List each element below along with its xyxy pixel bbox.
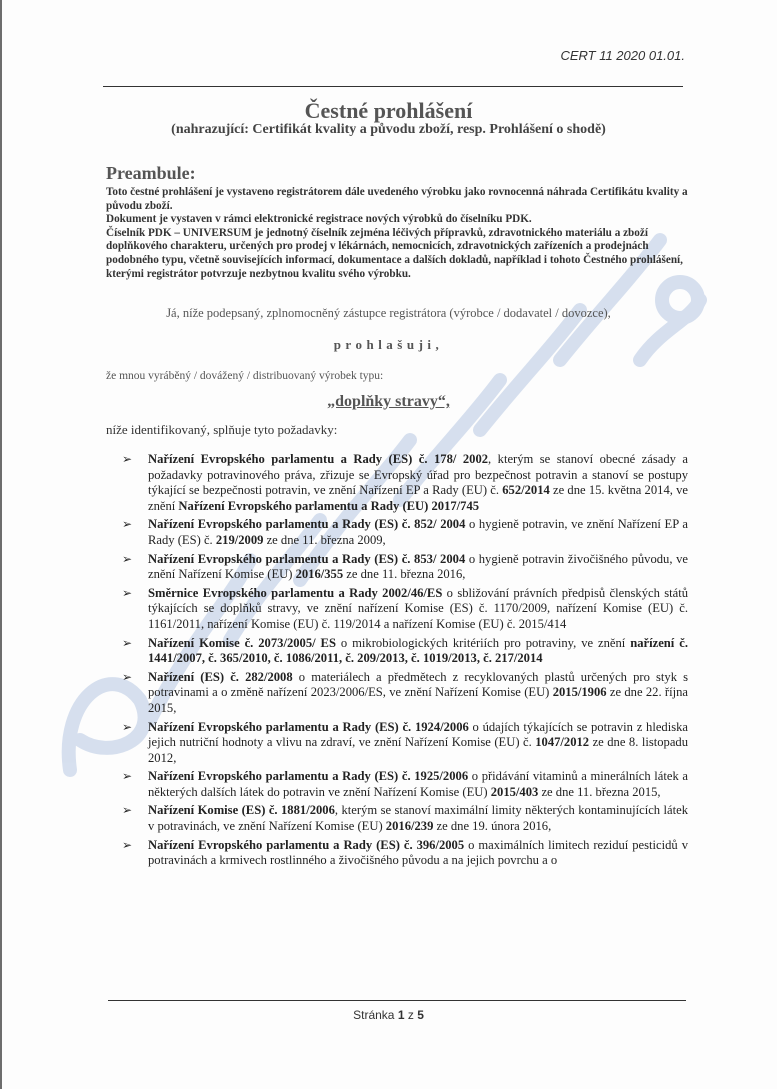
regulation-reference: 652/2014 (502, 483, 550, 497)
regulation-reference: Nařízení Evropského parlamentu a Rady (E… (148, 552, 465, 566)
arrowhead-bullet-icon: ➢ (122, 670, 132, 686)
requirements-intro: níže identifikovaný, splňuje tyto požada… (106, 422, 337, 438)
regulation-description: ze dne 11. března 2016, (343, 567, 465, 581)
preamble-paragraph: Číselník PDK – UNIVERSUM je jednotný čís… (106, 227, 691, 281)
arrowhead-bullet-icon: ➢ (122, 636, 132, 652)
regulation-reference: Nařízení Evropského parlamentu a Rady (E… (148, 517, 465, 531)
regulation-reference: Nařízení (ES) č. 282/2008 (148, 670, 293, 684)
regulation-description: o mikrobiologických kritériích pro potra… (336, 636, 630, 650)
page-label: Stránka (353, 1008, 394, 1022)
footer-divider (108, 1000, 686, 1001)
regulation-item: ➢Nařízení Evropského parlamentu a Rady (… (122, 517, 688, 548)
regulation-description: ze dne 19. února 2016, (433, 819, 551, 833)
total-pages: 5 (417, 1008, 424, 1022)
arrowhead-bullet-icon: ➢ (122, 586, 132, 602)
document-page: CERT 11 2020 01.01. Čestné prohlášení (n… (0, 0, 777, 1089)
page-separator: z (408, 1008, 414, 1022)
product-type: „doplňky stravy“, (0, 393, 777, 411)
regulation-description: ze dne 11. března 2015, (538, 785, 660, 799)
arrowhead-bullet-icon: ➢ (122, 720, 132, 736)
regulation-item: ➢Nařízení (ES) č. 282/2008 o materiálech… (122, 670, 688, 717)
regulation-item: ➢Nařízení Komise (ES) č. 1881/2006, kter… (122, 803, 688, 834)
regulation-item: ➢Nařízení Evropského parlamentu a Rady (… (122, 452, 688, 514)
regulation-item: ➢Nařízení Evropského parlamentu a Rady (… (122, 720, 688, 767)
current-page: 1 (398, 1008, 405, 1022)
preamble-text: Toto čestné prohlášení je vystaveno regi… (106, 186, 691, 281)
regulation-reference: 1047/2012 (535, 735, 589, 749)
regulation-reference: Nařízení Evropského parlamentu a Rady (E… (148, 720, 469, 734)
regulation-reference: Nařízení Evropského parlamentu a Rady (E… (148, 452, 488, 466)
declarant-statement: Já, níže podepsaný, zplnomocněný zástupc… (0, 306, 777, 321)
header-divider (103, 86, 683, 87)
regulation-item: ➢Nařízení Evropského parlamentu a Rady (… (122, 769, 688, 800)
regulations-list: ➢Nařízení Evropského parlamentu a Rady (… (122, 452, 688, 872)
certificate-code: CERT 11 2020 01.01. (560, 48, 685, 63)
arrowhead-bullet-icon: ➢ (122, 838, 132, 854)
regulation-reference: 2016/239 (386, 819, 434, 833)
page-number: Stránka 1 z 5 (0, 1008, 777, 1022)
preamble-paragraph: Toto čestné prohlášení je vystaveno regi… (106, 186, 691, 213)
document-subtitle: (nahrazující: Certifikát kvality a původ… (0, 122, 777, 138)
regulation-reference: Směrnice Evropského parlamentu a Rady 20… (148, 586, 442, 600)
regulation-reference: Nařízení Evropského parlamentu a Rady (E… (148, 838, 464, 852)
arrowhead-bullet-icon: ➢ (122, 452, 132, 468)
regulation-reference: Nařízení Evropského parlamentu a Rady (E… (148, 769, 468, 783)
regulation-item: ➢Směrnice Evropského parlamentu a Rady 2… (122, 586, 688, 633)
declaration-word: prohlašuji, (0, 337, 777, 353)
regulation-reference: Nařízení Evropského parlamentu a Rady (E… (178, 499, 479, 513)
arrowhead-bullet-icon: ➢ (122, 517, 132, 533)
regulation-reference: 2015/1906 (553, 685, 607, 699)
document-title: Čestné prohlášení (0, 98, 777, 124)
preamble-paragraph: Dokument je vystaven v rámci elektronick… (106, 213, 691, 227)
regulation-reference: 2015/403 (491, 785, 539, 799)
regulation-description: ze dne 11. března 2009, (263, 533, 385, 547)
regulation-reference: Nařízení Komise (ES) č. 1881/2006 (148, 803, 335, 817)
arrowhead-bullet-icon: ➢ (122, 552, 132, 568)
regulation-item: ➢Nařízení Evropského parlamentu a Rady (… (122, 838, 688, 869)
scan-edge (0, 0, 2, 1089)
arrowhead-bullet-icon: ➢ (122, 803, 132, 819)
arrowhead-bullet-icon: ➢ (122, 769, 132, 785)
regulation-item: ➢Nařízení Komise č. 2073/2005/ ES o mikr… (122, 636, 688, 667)
regulation-reference: Nařízení Komise č. 2073/2005/ ES (148, 636, 336, 650)
product-intro: že mnou vyráběný / dovážený / distribuov… (106, 370, 383, 382)
regulation-reference: 219/2009 (216, 533, 264, 547)
regulation-item: ➢Nařízení Evropského parlamentu a Rady (… (122, 552, 688, 583)
regulation-reference: 2016/355 (296, 567, 344, 581)
preamble-heading: Preambule: (106, 163, 196, 184)
